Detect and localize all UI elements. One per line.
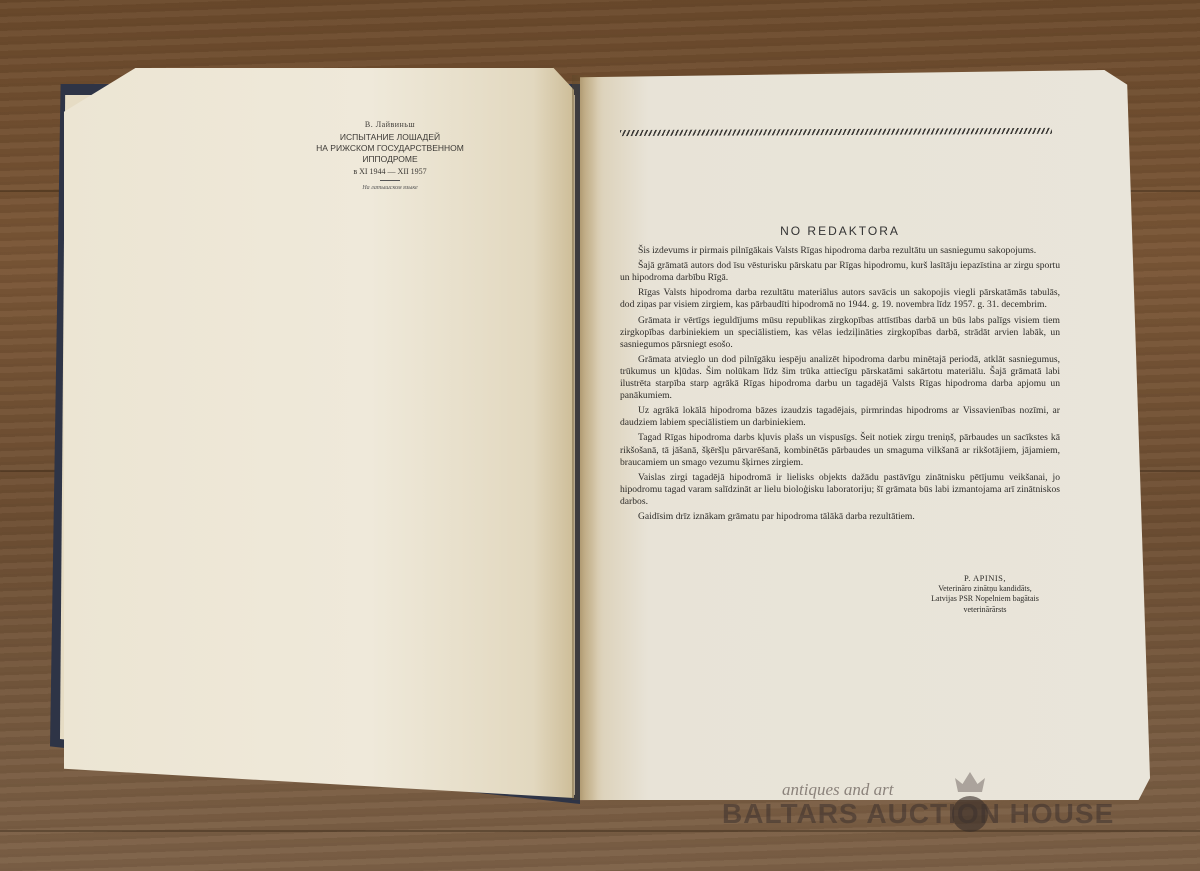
signature-block: P. APINIS, Veterināro zinātņu kandidāts,… <box>900 573 1070 615</box>
date-range: в XI 1944 — XII 1957 <box>300 167 480 176</box>
signatory-title: Veterināro zinātņu kandidāts, <box>900 584 1070 595</box>
watermark-title: BALTARS AUCTION HOUSE <box>722 798 1114 830</box>
divider <box>380 180 400 181</box>
table-plank-seam <box>0 830 1200 832</box>
signatory-title: veterinārārsts <box>900 605 1070 616</box>
title-line: НА РИЖСКОМ ГОСУДАРСТВЕННОМ <box>300 143 480 154</box>
foreword-heading: NO REDAKTORA <box>620 225 1060 237</box>
russian-title-block: В. Лайвиньш ИСПЫТАНИЕ ЛОШАДЕЙ НА РИЖСКОМ… <box>300 120 480 191</box>
title-line: ИСПЫТАНИЕ ЛОШАДЕЙ <box>300 132 480 143</box>
book-gutter <box>572 75 598 800</box>
paragraph: Grāmata atvieglo un dod pilnīgāku iespēj… <box>620 354 1060 402</box>
book-title: ИСПЫТАНИЕ ЛОШАДЕЙ НА РИЖСКОМ ГОСУДАРСТВЕ… <box>300 132 480 165</box>
author-name: В. Лайвиньш <box>300 120 480 129</box>
paragraph: Vaislas zirgi tagadējā hipodromā ir liel… <box>620 472 1060 508</box>
language-note: На латышском языке <box>300 185 480 191</box>
paragraph: Grāmata ir vērtīgs ieguldījums mūsu repu… <box>620 315 1060 351</box>
editor-foreword: NO REDAKTORA Šis izdevums ir pirmais pil… <box>620 225 1060 526</box>
signatory-name: P. APINIS, <box>900 573 1070 584</box>
signatory-title: Latvijas PSR Nopelniem bagātais <box>900 594 1070 605</box>
paragraph: Uz agrākā lokālā hipodroma bāzes izaudzi… <box>620 405 1060 429</box>
watermark-subtitle: antiques and art <box>782 780 893 800</box>
title-line: ИППОДРОМЕ <box>300 154 480 165</box>
paragraph: Šajā grāmatā autors dod īsu vēsturisku p… <box>620 260 1060 284</box>
paragraph: Šis izdevums ir pirmais pilnīgākais Vals… <box>620 245 1060 257</box>
paragraph: Tagad Rīgas hipodroma darbs kļuvis plašs… <box>620 432 1060 468</box>
paragraph: Rīgas Valsts hipodroma darba rezultātu m… <box>620 287 1060 311</box>
paragraph: Gaidīsim drīz iznākam grāmatu par hipodr… <box>620 511 1060 523</box>
